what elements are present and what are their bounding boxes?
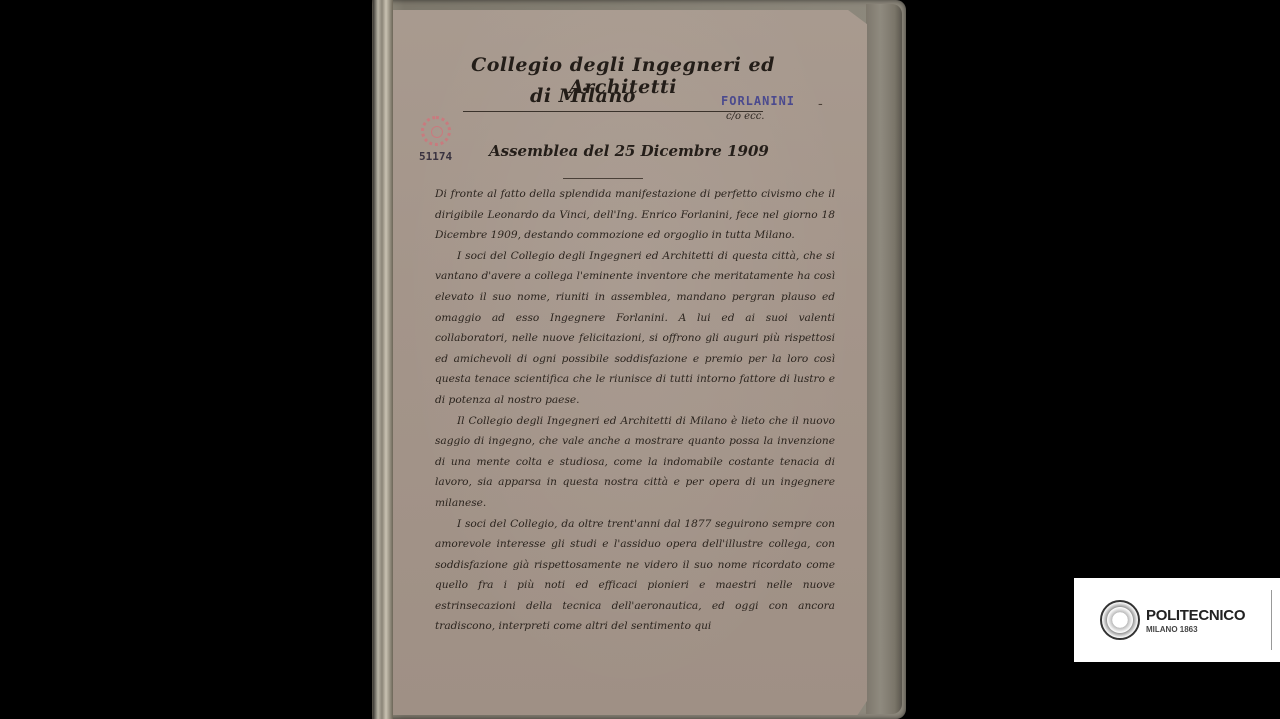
dash-mark: -	[818, 96, 823, 112]
logo-name: POLITECNICO	[1146, 607, 1245, 624]
header-rule	[463, 111, 763, 112]
sleeve-left-edge	[373, 0, 393, 719]
politecnico-logo-badge: POLITECNICO MILANO 1863	[1074, 578, 1280, 662]
manuscript-page: Collegio degli Ingegneri ed Architetti d…	[393, 10, 867, 715]
title-rule	[563, 178, 643, 179]
manuscript-body: Di fronte al fatto della splendida manif…	[435, 184, 835, 637]
red-circular-stamp-icon	[421, 116, 451, 146]
blue-stamp-note: c/o ecc.	[726, 111, 764, 122]
blue-stamp: FORLANINI	[721, 94, 795, 108]
paragraph: Di fronte al fatto della splendida manif…	[435, 184, 835, 246]
paragraph: I soci del Collegio, da oltre trent'anni…	[435, 514, 835, 638]
archive-number: 51174	[419, 150, 452, 163]
logo-text: POLITECNICO MILANO 1863	[1146, 607, 1245, 634]
paragraph: Il Collegio degli Ingegneri ed Architett…	[435, 411, 835, 514]
politecnico-emblem-icon	[1100, 600, 1140, 640]
sleeve-right-edge	[866, 4, 902, 714]
logo-subtitle: MILANO 1863	[1146, 625, 1245, 634]
paragraph: I soci del Collegio degli Ingegneri ed A…	[435, 246, 835, 411]
header-line-2: di Milano	[503, 85, 663, 107]
assembly-title: Assemblea del 25 Dicembre 1909	[489, 142, 789, 160]
logo-divider	[1271, 590, 1272, 650]
